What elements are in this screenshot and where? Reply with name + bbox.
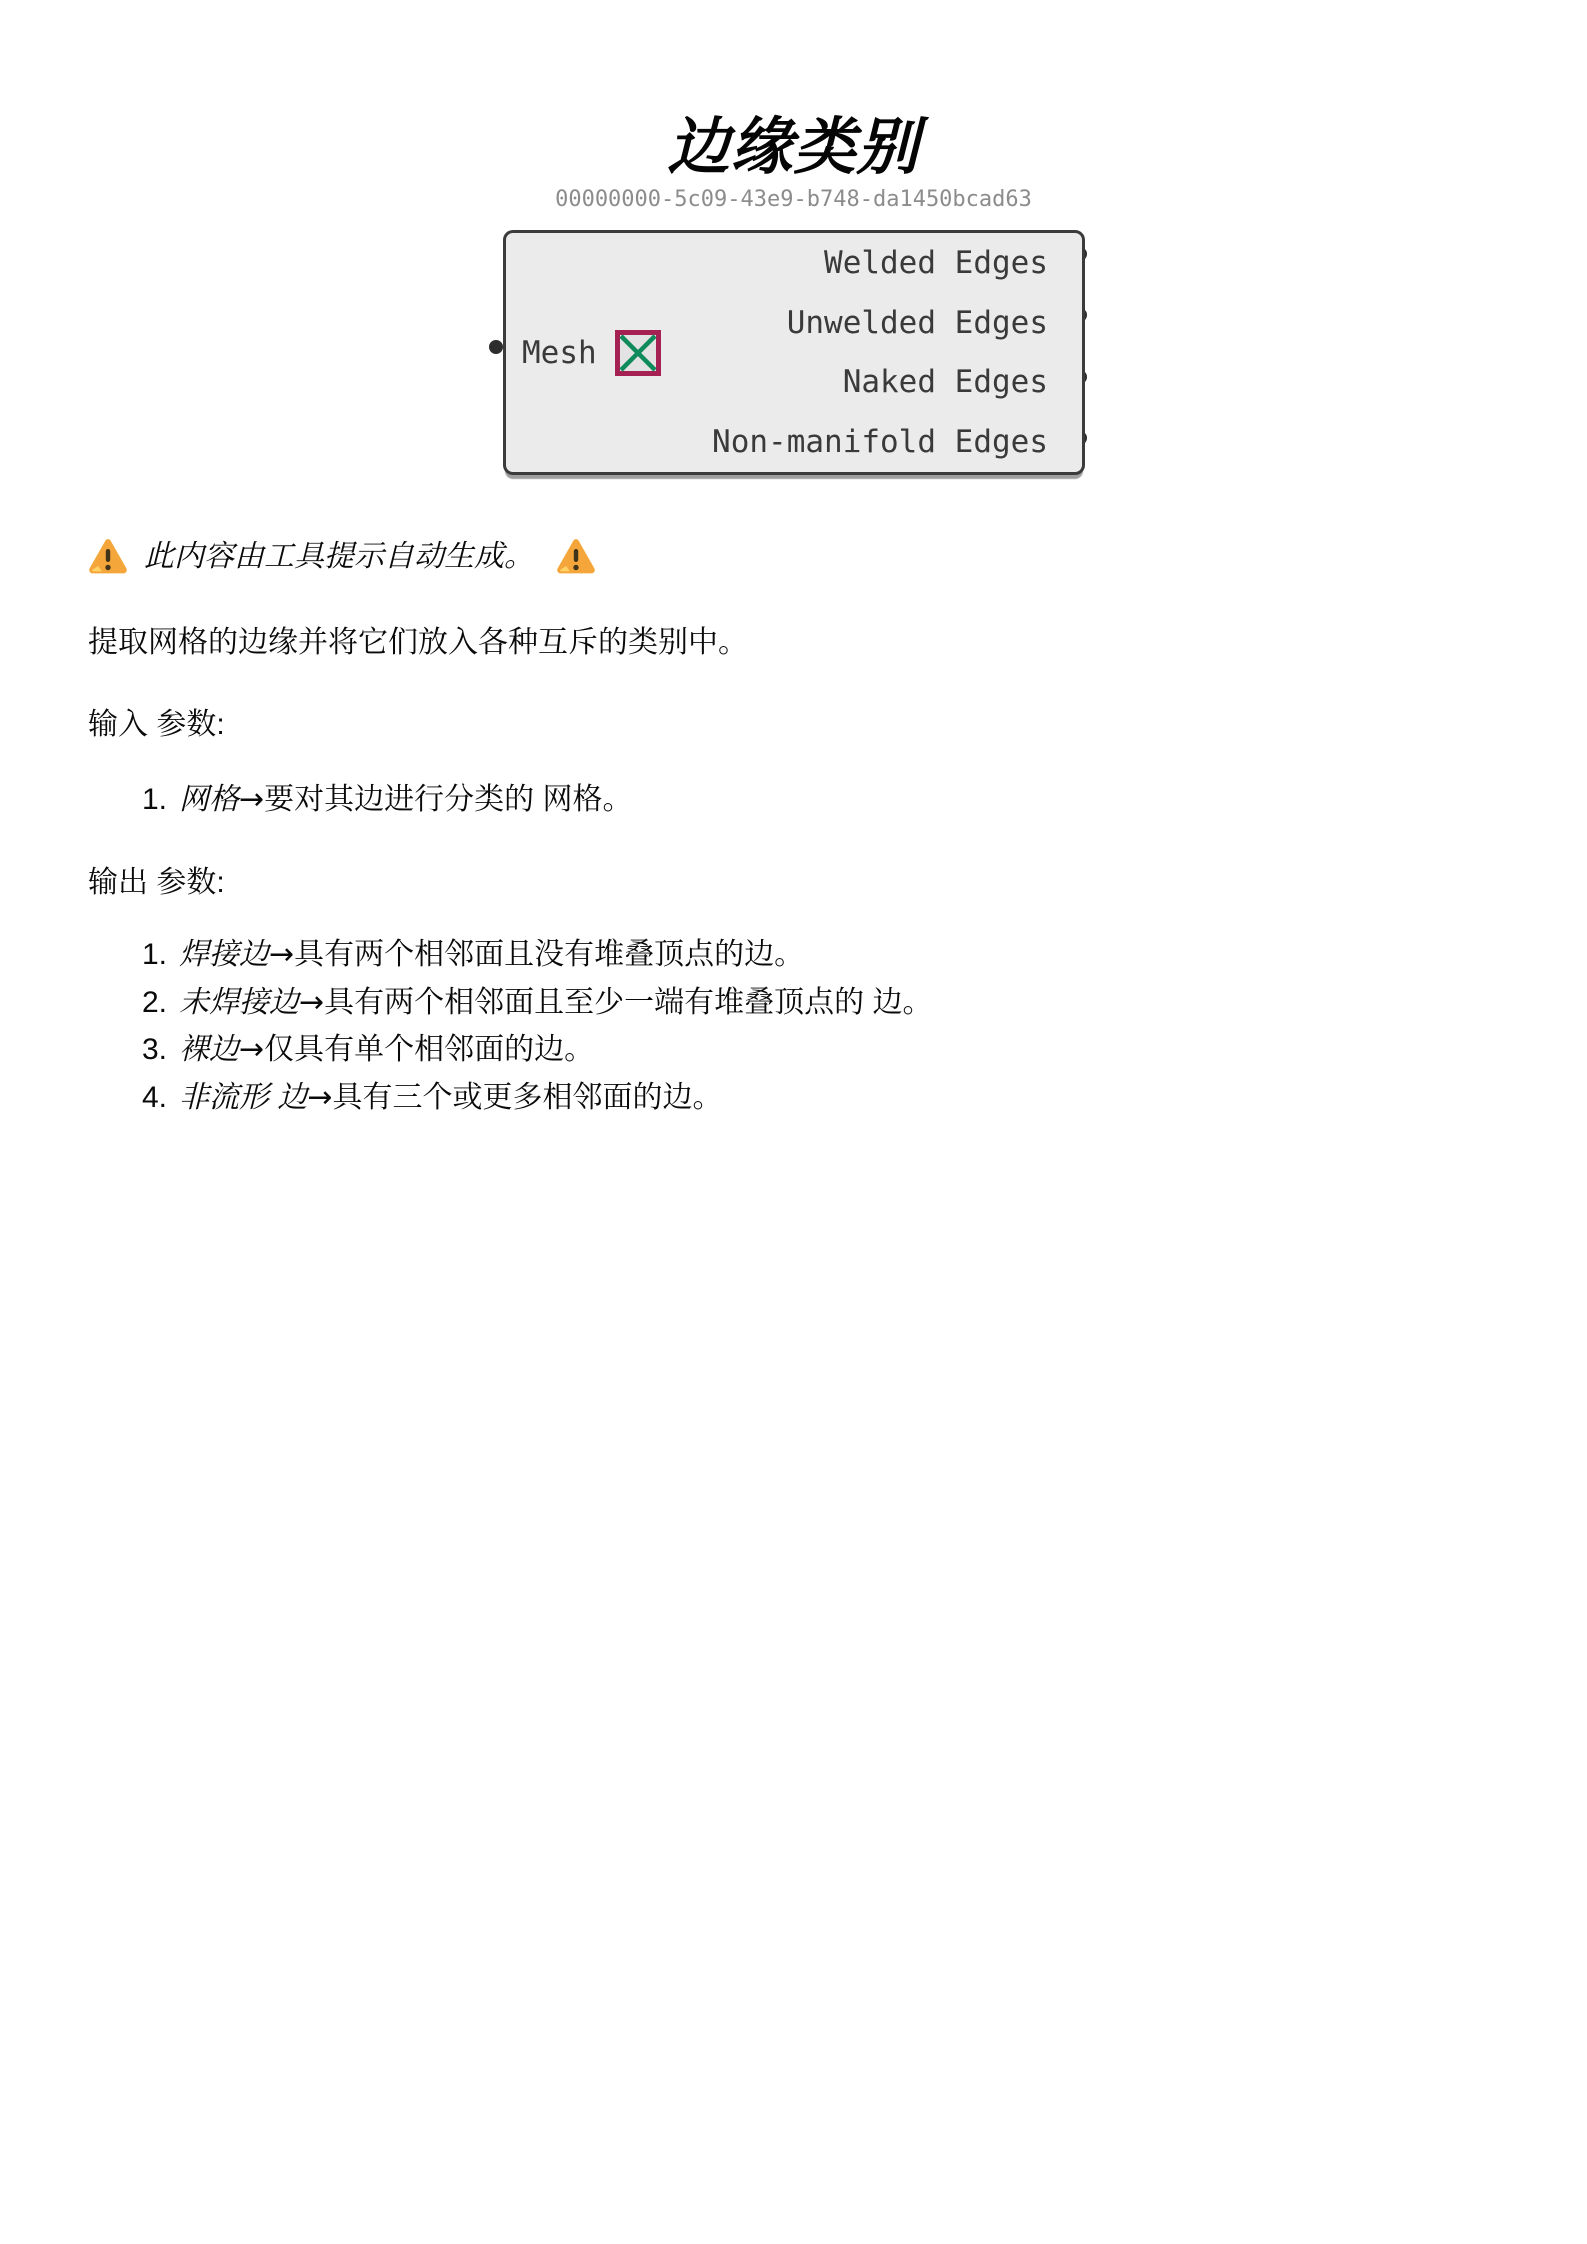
- component-output-row: Unwelded Edges: [506, 293, 1082, 353]
- param-name: 未焊接边: [179, 986, 299, 1019]
- notice-text: 此内容由工具提示自动生成。: [144, 534, 534, 580]
- documentation-page: 边缘类别 00000000-5c09-43e9-b748-da1450bcad6…: [0, 0, 1587, 2244]
- item-number: 1.: [142, 931, 167, 979]
- param-name: 裸边: [179, 1033, 239, 1066]
- param-item: 4.非流形 边→具有三个或更多相邻面的边。: [142, 1074, 933, 1122]
- output-params-list: 1.焊接边→具有两个相邻面且没有堆叠顶点的边。 2.未焊接边→具有两个相邻面且至…: [142, 931, 933, 1121]
- component-diagram: Mesh Welded Edges Unwelded Edges Naked E…: [483, 230, 1105, 478]
- output-label: Non-manifold Edges: [712, 424, 1048, 460]
- output-label: Welded Edges: [824, 245, 1048, 281]
- arrow-glyph: →: [239, 782, 264, 817]
- output-params-heading: 输出 参数:: [88, 860, 225, 906]
- page-title: 边缘类别: [0, 108, 1587, 188]
- arrow-glyph: →: [239, 1032, 264, 1067]
- input-jack-icon: [489, 340, 503, 354]
- arrow-glyph: →: [299, 985, 324, 1020]
- output-label: Unwelded Edges: [787, 305, 1048, 341]
- item-number: 2.: [142, 979, 167, 1027]
- component-output-row: Non-manifold Edges: [506, 412, 1082, 472]
- item-number: 4.: [142, 1074, 167, 1122]
- param-description: 要对其边进行分类的 网格。: [264, 783, 632, 816]
- component-output-list: Welded Edges Unwelded Edges Naked Edges …: [506, 233, 1082, 472]
- component-uuid: 00000000-5c09-43e9-b748-da1450bcad63: [0, 186, 1587, 214]
- param-description: 具有两个相邻面且没有堆叠顶点的边。: [294, 938, 804, 971]
- warning-triangle-icon: [88, 538, 128, 576]
- param-name: 非流形 边: [179, 1081, 307, 1114]
- arrow-glyph: →: [269, 937, 294, 972]
- param-description: 具有两个相邻面且至少一端有堆叠顶点的 边。: [324, 986, 932, 1019]
- component-output-row: Naked Edges: [506, 353, 1082, 413]
- param-item: 1.焊接边→具有两个相邻面且没有堆叠顶点的边。: [142, 931, 933, 979]
- param-item: 2.未焊接边→具有两个相邻面且至少一端有堆叠顶点的 边。: [142, 979, 933, 1027]
- input-params-heading: 输入 参数:: [88, 702, 225, 748]
- param-name: 网格: [179, 783, 239, 816]
- param-description: 具有三个或更多相邻面的边。: [333, 1081, 723, 1114]
- item-number: 3.: [142, 1026, 167, 1074]
- param-item: 1.网格→要对其边进行分类的 网格。: [142, 776, 633, 824]
- param-description: 仅具有单个相邻面的边。: [264, 1033, 594, 1066]
- component-body: Mesh Welded Edges Unwelded Edges Naked E…: [503, 230, 1085, 475]
- input-params-list: 1.网格→要对其边进行分类的 网格。: [142, 776, 633, 824]
- auto-generated-notice: 此内容由工具提示自动生成。: [88, 534, 596, 580]
- item-number: 1.: [142, 776, 167, 824]
- component-output-row: Welded Edges: [506, 233, 1082, 293]
- arrow-glyph: →: [307, 1080, 332, 1115]
- warning-triangle-icon: [556, 538, 596, 576]
- output-label: Naked Edges: [843, 364, 1048, 400]
- param-item: 3.裸边→仅具有单个相邻面的边。: [142, 1026, 933, 1074]
- component-description: 提取网格的边缘并将它们放入各种互斥的类别中。: [88, 620, 748, 666]
- param-name: 焊接边: [179, 938, 269, 971]
